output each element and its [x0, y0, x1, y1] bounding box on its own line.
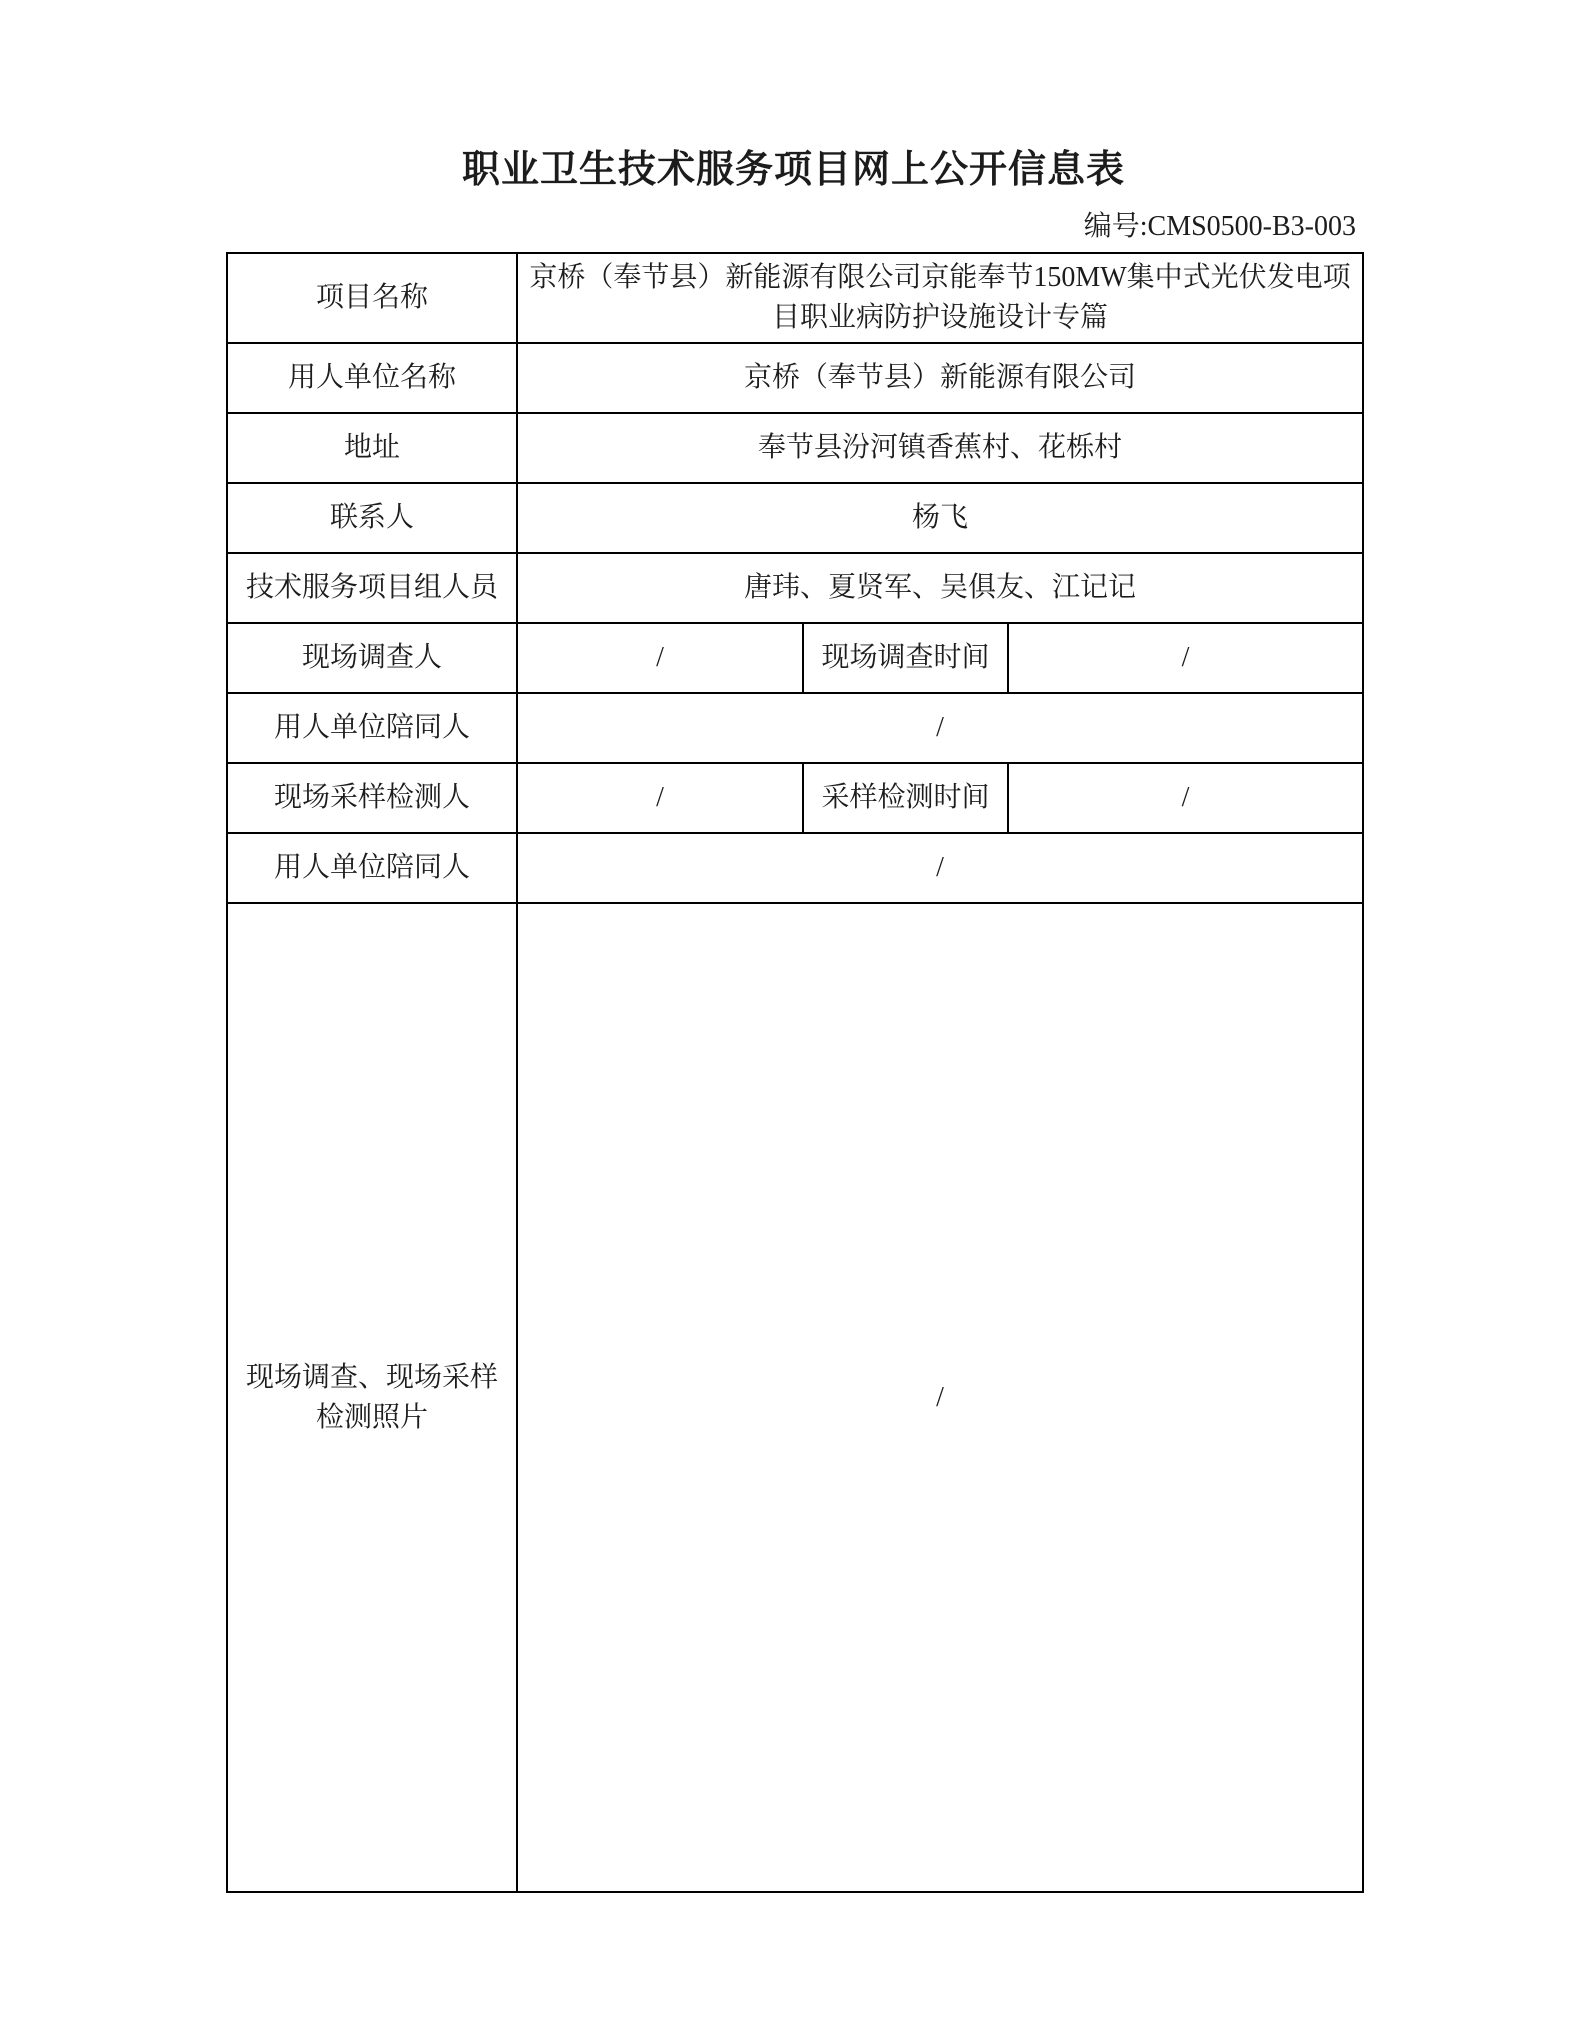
table-row: 用人单位名称京桥（奉节县）新能源有限公司	[227, 343, 1363, 413]
table-row: 地址奉节县汾河镇香蕉村、花栎村	[227, 413, 1363, 483]
row-value: /	[517, 763, 803, 833]
table-row: 用人单位陪同人/	[227, 833, 1363, 903]
table-row: 现场调查、现场采样 检测照片/	[227, 903, 1363, 1892]
row-label: 用人单位陪同人	[227, 693, 517, 763]
table-row: 联系人杨飞	[227, 483, 1363, 553]
row-value: 京桥（奉节县）新能源有限公司	[517, 343, 1363, 413]
row-value-secondary: /	[1008, 623, 1363, 693]
row-value: /	[517, 833, 1363, 903]
row-label: 技术服务项目组人员	[227, 553, 517, 623]
table-row: 现场采样检测人/采样检测时间/	[227, 763, 1363, 833]
row-label: 现场采样检测人	[227, 763, 517, 833]
row-label: 联系人	[227, 483, 517, 553]
row-label: 项目名称	[227, 253, 517, 343]
row-label: 现场调查人	[227, 623, 517, 693]
row-value: /	[517, 903, 1363, 1892]
doc-number: 编号:CMS0500-B3-003	[226, 209, 1362, 245]
row-label: 用人单位陪同人	[227, 833, 517, 903]
row-value: 奉节县汾河镇香蕉村、花栎村	[517, 413, 1363, 483]
row-label-secondary: 现场调查时间	[803, 623, 1008, 693]
table-row: 用人单位陪同人/	[227, 693, 1363, 763]
table-row: 项目名称京桥（奉节县）新能源有限公司京能奉节150MW集中式光伏发电项目职业病防…	[227, 253, 1363, 343]
row-value: /	[517, 693, 1363, 763]
row-label: 现场调查、现场采样 检测照片	[227, 903, 517, 1892]
row-label: 地址	[227, 413, 517, 483]
row-value: 唐玮、夏贤军、吴俱友、江记记	[517, 553, 1363, 623]
info-table: 项目名称京桥（奉节县）新能源有限公司京能奉节150MW集中式光伏发电项目职业病防…	[226, 252, 1364, 1893]
page-title: 职业卫生技术服务项目网上公开信息表	[0, 148, 1587, 194]
table-row: 现场调查人/现场调查时间/	[227, 623, 1363, 693]
row-value: 京桥（奉节县）新能源有限公司京能奉节150MW集中式光伏发电项目职业病防护设施设…	[517, 253, 1363, 343]
row-value: /	[517, 623, 803, 693]
document-page: 职业卫生技术服务项目网上公开信息表 编号:CMS0500-B3-003 项目名称…	[0, 0, 1587, 2035]
info-table-body: 项目名称京桥（奉节县）新能源有限公司京能奉节150MW集中式光伏发电项目职业病防…	[227, 253, 1363, 1892]
row-value-secondary: /	[1008, 763, 1363, 833]
row-value: 杨飞	[517, 483, 1363, 553]
table-row: 技术服务项目组人员唐玮、夏贤军、吴俱友、江记记	[227, 553, 1363, 623]
row-label: 用人单位名称	[227, 343, 517, 413]
row-label-secondary: 采样检测时间	[803, 763, 1008, 833]
